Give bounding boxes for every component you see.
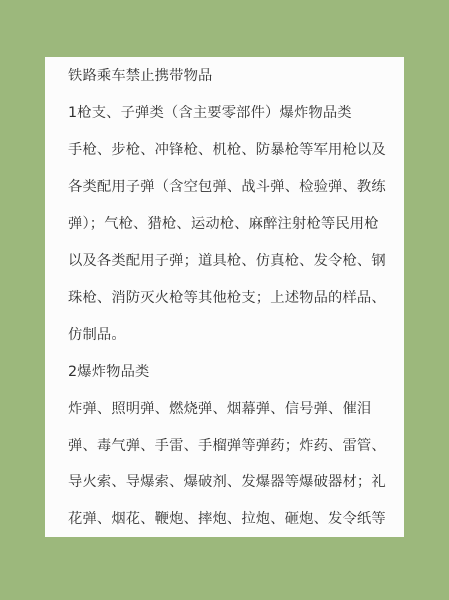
document-title: 铁路乘车禁止携带物品: [45, 57, 404, 94]
text-line: 炸弹、照明弹、燃烧弹、烟幕弹、信号弹、催泪: [45, 389, 404, 426]
text-line: 以及各类配用子弹；道具枪、仿真枪、发令枪、钢: [45, 242, 404, 279]
text-line: 各类配用子弹（含空包弹、战斗弹、检验弹、教练: [45, 168, 404, 205]
text-line: 弹）；气枪、猎枪、运动枪、麻醉注射枪等民用枪: [45, 205, 404, 242]
section2-heading: 2爆炸物品类: [45, 352, 404, 389]
section1-heading: 1枪支、子弹类（含主要零部件）爆炸物品类: [45, 94, 404, 131]
text-line: 仿制品。: [45, 315, 404, 352]
document-card: 铁路乘车禁止携带物品 1枪支、子弹类（含主要零部件）爆炸物品类 手枪、步枪、冲锋…: [45, 57, 404, 537]
text-line: 手枪、步枪、冲锋枪、机枪、防暴枪等军用枪以及: [45, 131, 404, 168]
text-line: 弹、毒气弹、手雷、手榴弹等弹药；炸药、雷管、: [45, 426, 404, 463]
text-line: 珠枪、消防灭火枪等其他枪支；上述物品的样品、: [45, 278, 404, 315]
text-line: 导火索、导爆索、爆破剂、发爆器等爆破器材；礼: [45, 463, 404, 500]
text-line: 花弹、烟花、鞭炮、摔炮、拉炮、砸炮、发令纸等: [45, 500, 404, 537]
